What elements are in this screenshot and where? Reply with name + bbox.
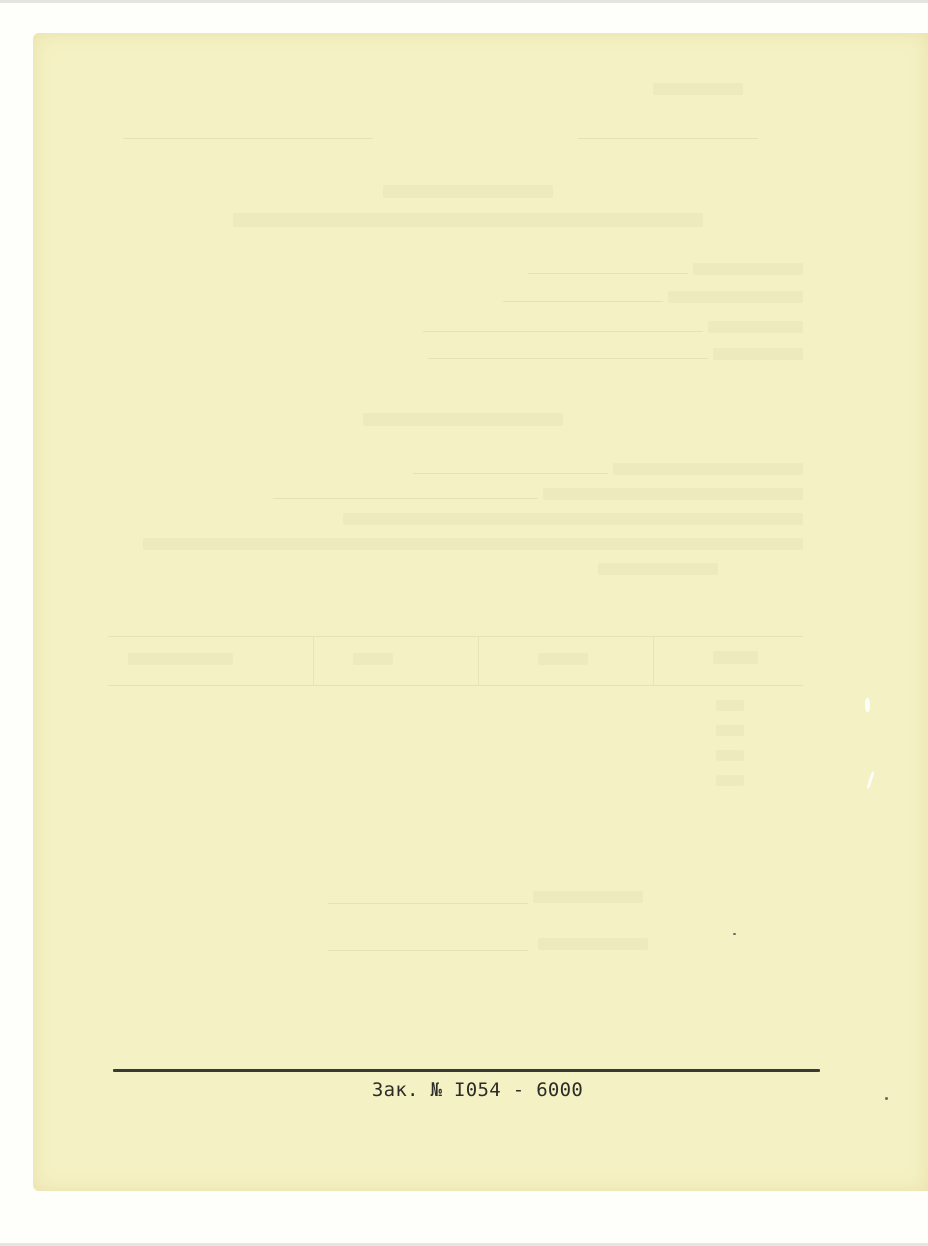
ghost-list-item bbox=[143, 538, 803, 550]
ghost-underline bbox=[123, 138, 373, 139]
ghost-list-item bbox=[613, 463, 803, 475]
ghost-underline bbox=[328, 950, 528, 951]
ghost-table-divider bbox=[313, 636, 314, 686]
ghost-heading bbox=[383, 185, 553, 198]
document-page: Зак. № I054 - 6000 bbox=[33, 33, 928, 1191]
ghost-subheading bbox=[233, 213, 703, 227]
ghost-field bbox=[693, 263, 803, 275]
scan-speck bbox=[733, 933, 736, 935]
ghost-row-label bbox=[716, 750, 744, 761]
ghost-underline bbox=[578, 138, 758, 139]
ghost-table-header bbox=[353, 653, 393, 665]
ghost-table-header bbox=[128, 653, 233, 665]
ghost-section-title bbox=[363, 413, 563, 426]
ghost-table-divider bbox=[653, 636, 654, 686]
ghost-signature-label bbox=[538, 938, 648, 950]
scan-glare bbox=[865, 698, 870, 712]
ghost-row-label bbox=[716, 700, 744, 711]
ghost-underline bbox=[503, 301, 663, 302]
ghost-row-label bbox=[716, 775, 744, 786]
ghost-list-item bbox=[598, 563, 718, 575]
scan-glare bbox=[866, 771, 874, 789]
ghost-field bbox=[668, 291, 803, 303]
ghost-row-label bbox=[716, 725, 744, 736]
ghost-field bbox=[708, 321, 803, 333]
ghost-signature-label bbox=[533, 891, 643, 903]
ghost-table-header-bottom bbox=[108, 685, 803, 686]
ghost-table-divider bbox=[478, 636, 479, 686]
ghost-list-item bbox=[543, 488, 803, 500]
ghost-underline bbox=[423, 331, 703, 332]
ghost-table-top bbox=[108, 636, 803, 637]
ghost-field bbox=[713, 348, 803, 360]
ghost-underline bbox=[413, 473, 608, 474]
ghost-underline bbox=[273, 498, 538, 499]
ghost-table-header bbox=[713, 651, 758, 664]
order-number: Зак. № I054 - 6000 bbox=[33, 1079, 928, 1101]
footer-rule bbox=[113, 1069, 820, 1072]
order-number-text: Зак. № I054 - 6000 bbox=[372, 1079, 583, 1101]
ghost-table-header bbox=[538, 653, 588, 665]
ghost-underline bbox=[528, 273, 688, 274]
ghost-underline bbox=[428, 358, 708, 359]
ghost-underline bbox=[328, 903, 528, 904]
scan-top-edge bbox=[0, 0, 928, 3]
ghost-list-item bbox=[343, 513, 803, 525]
ghost-text bbox=[653, 83, 743, 95]
